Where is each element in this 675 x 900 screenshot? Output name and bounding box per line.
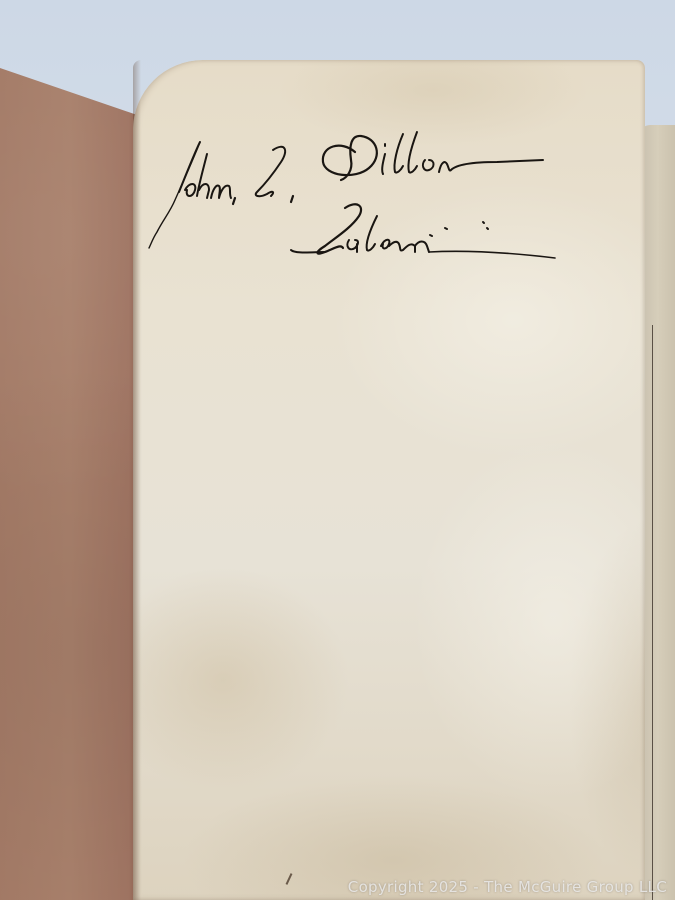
copyright-watermark: Copyright 2025 - The McGuire Group LLC xyxy=(348,878,667,896)
book-front-cover-inside xyxy=(0,68,140,900)
book-page-stack xyxy=(640,125,675,900)
handwritten-inscription: John L. Dillon Salem xyxy=(145,120,575,280)
page-edge-line xyxy=(652,325,653,900)
gutter-shadow xyxy=(133,60,141,900)
signature-strokes xyxy=(145,120,575,280)
